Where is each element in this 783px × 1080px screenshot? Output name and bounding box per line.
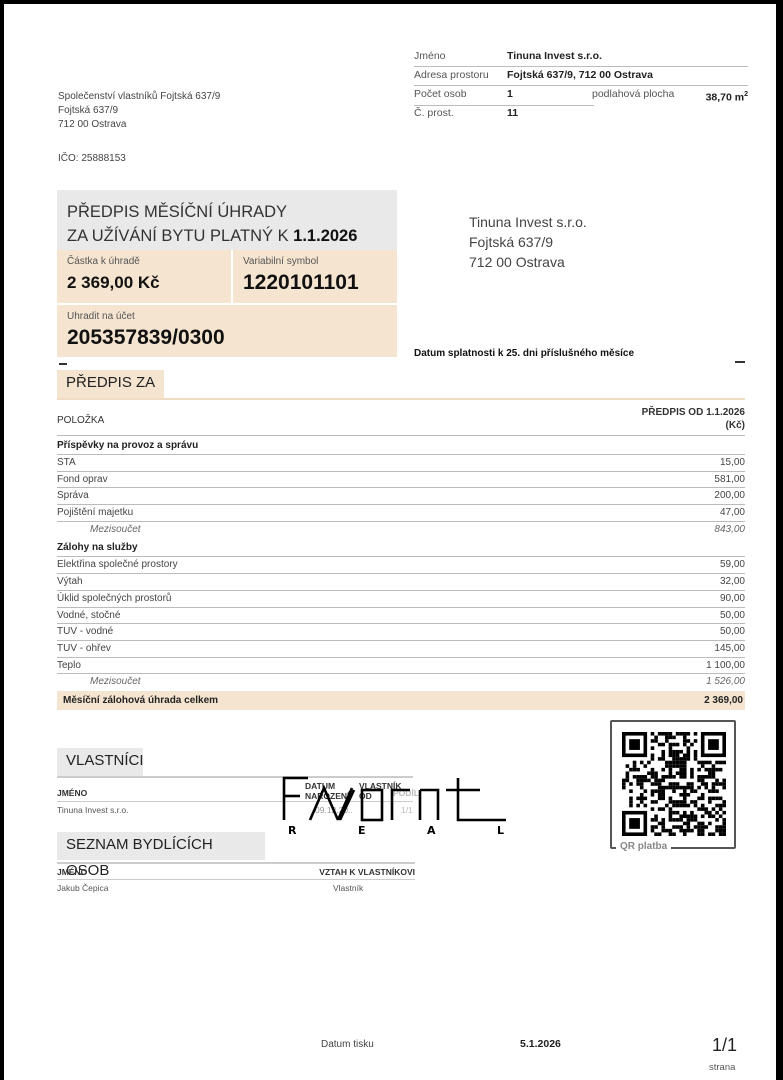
sender-ico: IČO: 25888153 bbox=[58, 153, 126, 164]
row-label: Správa bbox=[57, 488, 89, 504]
row-value: 15,00 bbox=[720, 455, 745, 471]
row-label: Příspěvky na provoz a správu bbox=[57, 436, 198, 456]
row-value: 200,00 bbox=[714, 488, 745, 504]
row-label: Vodné, stočné bbox=[57, 608, 120, 624]
unit-label: Č. prost. bbox=[414, 105, 454, 122]
table-row: Vodné, stočné50,00 bbox=[57, 608, 745, 625]
row-value: 2 369,00 bbox=[704, 691, 743, 710]
residents-col-relation: VZTAH K VLASTNÍKOVI bbox=[319, 864, 415, 880]
amount-value: 2 369,00 Kč bbox=[67, 273, 221, 293]
table-row: Správa200,00 bbox=[57, 488, 745, 505]
address-label: Adresa prostoru bbox=[414, 67, 489, 84]
row-value: 1 526,00 bbox=[706, 674, 745, 690]
favorit-real-logo: REAL bbox=[280, 774, 510, 840]
owner-name: Tinuna Invest s.r.o. bbox=[57, 802, 129, 818]
qr-payment-code[interactable] bbox=[610, 720, 736, 849]
area-value: 38,70 m2 bbox=[706, 86, 748, 107]
row-value: 59,00 bbox=[720, 557, 745, 573]
sender-line-1: Společenství vlastníků Fojtská 637/9 bbox=[58, 90, 220, 104]
qr-code-icon bbox=[622, 732, 726, 836]
account-label: Uhradit na účet bbox=[67, 311, 387, 322]
persons-value: 1 bbox=[507, 86, 513, 103]
resident-relation: Vlastník bbox=[333, 880, 363, 896]
recipient-address: Tinuna Invest s.r.o. Fojtská 637/9 712 0… bbox=[469, 212, 587, 272]
title-line-1: PŘEDPIS MĚSÍČNÍ ÚHRADY bbox=[67, 200, 387, 224]
prescription-title: PŘEDPIS MĚSÍČNÍ ÚHRADY ZA UŽÍVÁNÍ BYTU P… bbox=[57, 190, 397, 250]
recipient-line-3: 712 00 Ostrava bbox=[469, 252, 587, 272]
variable-symbol-cell: Variabilní symbol 1220101101 bbox=[233, 250, 397, 303]
payment-details: Částka k úhradě 2 369,00 Kč Variabilní s… bbox=[57, 250, 397, 357]
name-label: Jméno bbox=[414, 48, 446, 65]
total-row: Měsíční zálohová úhrada celkem2 369,00 bbox=[57, 691, 745, 710]
row-value: 50,00 bbox=[720, 608, 745, 624]
table-row: TUV - ohřev145,00 bbox=[57, 641, 745, 658]
sender-line-3: 712 00 Ostrava bbox=[58, 118, 220, 132]
section-residents-header: SEZNAM BYDLÍCÍCH OSOB bbox=[57, 832, 265, 860]
row-value: 581,00 bbox=[714, 472, 745, 488]
residents-table-header: JMÉNO VZTAH K VLASTNÍKOVI bbox=[57, 864, 415, 880]
area-label: podlahová plocha bbox=[592, 86, 674, 103]
prescription-table: POLOŽKA PŘEDPIS OD 1.1.2026(Kč) Příspěvk… bbox=[57, 398, 745, 710]
info-row-persons: Počet osob 1 podlahová plocha 38,70 m2 bbox=[414, 86, 748, 105]
qr-label: QR platba bbox=[616, 841, 671, 852]
valid-date: 1.1.2026 bbox=[293, 227, 357, 245]
account-cell: Uhradit na účet 205357839/0300 bbox=[57, 305, 397, 357]
row-value: 843,00 bbox=[714, 522, 745, 538]
account-value: 205357839/0300 bbox=[67, 326, 387, 350]
print-date-label: Datum tisku bbox=[321, 1039, 374, 1050]
row-label: Zálohy na služby bbox=[57, 538, 138, 558]
residents-col-name: JMÉNO bbox=[57, 864, 87, 880]
recipient-line-1: Tinuna Invest s.r.o. bbox=[469, 212, 587, 232]
due-date-note: Datum splatnosti k 25. dni příslušného m… bbox=[414, 348, 634, 359]
row-value: 47,00 bbox=[720, 505, 745, 521]
row-label: TUV - ohřev bbox=[57, 641, 111, 657]
section-predpis-header: PŘEDPIS ZA bbox=[57, 370, 164, 398]
row-value: 32,00 bbox=[720, 574, 745, 590]
table-row: Pojištění majetku47,00 bbox=[57, 505, 745, 522]
table-row: TUV - vodné50,00 bbox=[57, 624, 745, 641]
col-amount-header: PŘEDPIS OD 1.1.2026(Kč) bbox=[642, 406, 745, 432]
info-row-name: Jméno Tinuna Invest s.r.o. bbox=[414, 48, 748, 67]
prescription-box: PŘEDPIS MĚSÍČNÍ ÚHRADY ZA UŽÍVÁNÍ BYTU P… bbox=[57, 190, 397, 357]
page-label: strana bbox=[709, 1062, 735, 1073]
residents-table: JMÉNO VZTAH K VLASTNÍKOVI Jakub Čepica V… bbox=[57, 862, 415, 896]
logo-real-text: REAL bbox=[280, 824, 510, 837]
row-value: 50,00 bbox=[720, 624, 745, 640]
row-label: Výtah bbox=[57, 574, 83, 590]
row-value: 1 100,00 bbox=[706, 658, 745, 674]
page-number: 1/1 bbox=[712, 1035, 737, 1056]
row-value: 145,00 bbox=[714, 641, 745, 657]
mark bbox=[59, 363, 67, 365]
info-row-address: Adresa prostoru Fojtská 637/9, 712 00 Os… bbox=[414, 67, 748, 86]
table-row: Úklid společných prostorů90,00 bbox=[57, 591, 745, 608]
row-label: Mezisoučet bbox=[90, 522, 141, 538]
table-row: Jakub Čepica Vlastník bbox=[57, 880, 415, 896]
row-label: STA bbox=[57, 455, 76, 471]
sender-address: Společenství vlastníků Fojtská 637/9 Foj… bbox=[58, 90, 220, 132]
row-label: Teplo bbox=[57, 658, 81, 674]
row-label: Mezisoučet bbox=[90, 674, 141, 690]
amount-label: Částka k úhradě bbox=[67, 256, 221, 267]
table-row: Elektřina společné prostory59,00 bbox=[57, 557, 745, 574]
table-row: STA15,00 bbox=[57, 455, 745, 472]
row-label: Fond oprav bbox=[57, 472, 108, 488]
row-label: Elektřina společné prostory bbox=[57, 557, 178, 573]
print-date-value: 5.1.2026 bbox=[520, 1038, 561, 1050]
col-item-header: POLOŽKA bbox=[57, 415, 104, 426]
table-group-header: Příspěvky na provoz a správu bbox=[57, 436, 745, 455]
favorit-wordmark-icon bbox=[280, 774, 510, 824]
info-row-unit: Č. prost. 11 bbox=[414, 105, 748, 124]
variable-symbol-value: 1220101101 bbox=[243, 271, 387, 295]
section-owners-header: VLASTNÍCI bbox=[57, 748, 143, 776]
amount-cell: Částka k úhradě 2 369,00 Kč bbox=[57, 250, 233, 303]
title-line-2: ZA UŽÍVÁNÍ BYTU PLATNÝ K 1.1.2026 bbox=[67, 224, 387, 248]
table-group-header: Zálohy na služby bbox=[57, 538, 745, 557]
subtotal-row: Mezisoučet843,00 bbox=[57, 522, 745, 539]
document-page: Jméno Tinuna Invest s.r.o. Adresa prosto… bbox=[4, 4, 776, 1080]
variable-symbol-label: Variabilní symbol bbox=[243, 256, 387, 267]
table-row: Výtah32,00 bbox=[57, 574, 745, 591]
row-label: Pojištění majetku bbox=[57, 505, 133, 521]
table-header: POLOŽKA PŘEDPIS OD 1.1.2026(Kč) bbox=[57, 400, 745, 436]
row-value: 90,00 bbox=[720, 591, 745, 607]
row-label: Měsíční zálohová úhrada celkem bbox=[63, 691, 218, 710]
resident-name: Jakub Čepica bbox=[57, 880, 109, 896]
table-row: Fond oprav581,00 bbox=[57, 472, 745, 489]
row-label: TUV - vodné bbox=[57, 624, 113, 640]
table-row: Teplo1 100,00 bbox=[57, 658, 745, 675]
name-value: Tinuna Invest s.r.o. bbox=[507, 48, 602, 65]
mark bbox=[735, 361, 745, 363]
recipient-line-2: Fojtská 637/9 bbox=[469, 232, 587, 252]
unit-value: 11 bbox=[507, 105, 518, 122]
table-body: Příspěvky na provoz a správuSTA15,00Fond… bbox=[57, 436, 745, 710]
persons-label: Počet osob bbox=[414, 86, 467, 103]
owners-col-name: JMÉNO bbox=[57, 788, 87, 798]
property-info-table: Jméno Tinuna Invest s.r.o. Adresa prosto… bbox=[414, 48, 748, 124]
sender-line-2: Fojtská 637/9 bbox=[58, 104, 220, 118]
row-label: Úklid společných prostorů bbox=[57, 591, 172, 607]
address-value: Fojtská 637/9, 712 00 Ostrava bbox=[507, 67, 653, 84]
subtotal-row: Mezisoučet1 526,00 bbox=[57, 674, 745, 691]
